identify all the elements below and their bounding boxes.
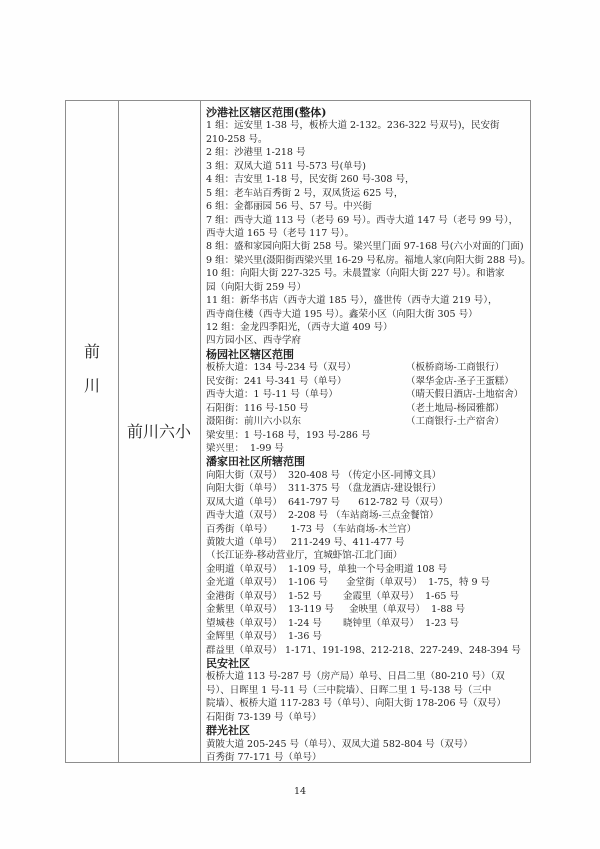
line-text: 9 组：梁兴里(滠阳街西梁兴里 16-29 号私房。福地人家(向阳大街 288 … (206, 255, 531, 266)
district-name-char: 川 (66, 377, 118, 395)
line-text: 西寺大道 165 号（老号 117 号）。 (206, 228, 354, 239)
line-text: 8 组：盛和家园向阳大街 258 号。梁兴里门面 97-168 号(六小对面的门… (206, 241, 524, 252)
district-line: 滠阳街：前川六小以东（工商银行-土产宿舍） (206, 415, 529, 428)
section-header: 民安社区 (206, 657, 529, 670)
district-line: 西寺大道（双号） 2-208 号 （车站商场-三点金餐馆） (206, 509, 529, 522)
district-line: 金港街（单双号） 1-52 号 金霞里（单双号） 1-65 号 (206, 590, 529, 603)
line-text: 5 组：老车站百秀街 2 号，双凤货运 625 号， (206, 188, 403, 199)
line-text: 园（向阳大街 259 号） (206, 282, 306, 293)
section-header: 杨园社区辖区范围 (206, 348, 529, 361)
line-text: 群益里（单双号） 1-171、191-198、212-218、227-249、2… (206, 645, 521, 656)
line-text: 黄陂大道 205-245 号（单号）、双凤大道 582-804 号（双号） (206, 739, 473, 750)
line-remark: （老土地局-杨园雅都） (406, 402, 504, 415)
district-detail-cell: 沙港社区辖区范围(整体)1 组：远安里 1-38 号，板桥大道 2-132。23… (201, 101, 531, 762)
line-text: 1 组：远安里 1-38 号，板桥大道 2-132。236-322 号双号)，民… (206, 120, 500, 131)
district-line: 7 组：西寺大道 113 号（老号 69 号）。西寺大道 147 号（老号 99… (206, 214, 529, 227)
district-line: 西寺商住楼（西寺大道 195 号）。鑫荣小区（向阳大街 305 号） (206, 308, 529, 321)
line-text: 10 组：向阳大街 227-325 号。未晨置家（向阳大街 227 号）。和谐家 (206, 268, 505, 279)
district-line: 民安街：241 号-341 号（单号）（翠华金店-圣子王蛋糕） (206, 375, 529, 388)
line-text: 滠阳街：前川六小以东 (206, 416, 301, 427)
line-text: 210-258 号。 (206, 134, 268, 145)
line-text: 石阳街：116 号-150 号 (206, 403, 309, 414)
line-text: 双凤大道（单号） 641-797 号 612-782 号（双号） (206, 497, 448, 508)
line-remark: （翠华金店-圣子王蛋糕） (406, 375, 514, 388)
district-line: 210-258 号。 (206, 133, 529, 146)
school-name-cell: 前川六小 (118, 422, 200, 442)
district-line: 四方园小区、西寺学府 (206, 334, 529, 347)
district-line: 板桥大道 113 号-287 号（房产局）单号、日昌二里（80-210 号）（双 (206, 670, 529, 683)
line-text: 向阳大街（单号） 311-375 号 （盘龙酒店-建设银行） (206, 483, 441, 494)
line-text: 百秀街 77-171 号（单号） (206, 752, 321, 762)
line-text: 6 组：金都丽园 56 号、57 号。中兴街 (206, 201, 372, 212)
section-header: 潘家田社区所辖范围 (206, 455, 529, 468)
line-text: 金港街（单双号） 1-52 号 金霞里（单双号） 1-65 号 (206, 591, 459, 602)
district-line: 石阳街 73-139 号（单号） (206, 711, 529, 724)
district-line: 望城巷（单双号） 1-24 号 晓钟里（单双号） 1-23 号 (206, 617, 529, 630)
district-line: 向阳大街（双号） 320-408 号 （传定小区-同博文具） (206, 469, 529, 482)
line-text: 百秀街（单号） 1-73 号 （车站商场-木兰宫） (206, 524, 416, 535)
district-line: 2 组：沙港里 1-218 号 (206, 146, 529, 159)
school-district-table: 前川 前川六小 沙港社区辖区范围(整体)1 组：远安里 1-38 号，板桥大道 … (65, 100, 531, 763)
line-text: 4 组：吉安里 1-18 号，民安街 260 号-308 号， (206, 174, 414, 185)
line-text: （长江证券-移动营业厅，宜城虾馆-江北门面） (206, 550, 402, 561)
line-remark: （板桥商场-工商银行） (406, 361, 504, 374)
line-text: 号）、日晖里 1 号-11 号（三中院墙）、日晖二里 1 号-138 号（三中 (206, 685, 491, 696)
district-line: 双凤大道（单号） 641-797 号 612-782 号（双号） (206, 496, 529, 509)
district-line: 板桥大道：134 号-234 号（双号）（板桥商场-工商银行） (206, 361, 529, 374)
line-text: 院墙）、板桥大道 117-283 号（单号）、向阳大街 178-206 号（双号… (206, 698, 506, 709)
line-text: 西寺大道（双号） 2-208 号 （车站商场-三点金餐馆） (206, 510, 439, 521)
line-text: 沙港社区辖区范围(整体) (206, 106, 326, 119)
line-text: 金辉里（单双号） 1-36 号 (206, 631, 322, 642)
line-text: 望城巷（单双号） 1-24 号 晓钟里（单双号） 1-23 号 (206, 618, 459, 629)
line-text: 群光社区 (206, 724, 250, 737)
district-name-char: 前 (66, 343, 118, 361)
section-header: 群光社区 (206, 724, 529, 737)
district-line: 黄陂大道（单号） 211-249 号、411-477 号 (206, 536, 529, 549)
page-number: 14 (0, 786, 600, 797)
district-line: 12 组：金龙四季阳光，（西寺大道 409 号） (206, 321, 529, 334)
line-text: 金光道（单双号） 1-106 号 金堂街（单双号） 1-75，特 9 号 (206, 577, 490, 588)
district-line: 金明道（单双号） 1-109 号，单独一个号金明道 108 号 (206, 563, 529, 576)
district-line: 6 组：金都丽园 56 号、57 号。中兴街 (206, 200, 529, 213)
line-text: 民安社区 (206, 657, 250, 670)
district-line: 10 组：向阳大街 227-325 号。未晨置家（向阳大街 227 号）。和谐家 (206, 267, 529, 280)
district-line: 黄陂大道 205-245 号（单号）、双凤大道 582-804 号（双号） (206, 738, 529, 751)
line-text: 金紫里（单双号） 13-119 号 金映里（单双号） 1-88 号 (206, 604, 465, 615)
line-text: 西寺商住楼（西寺大道 195 号）。鑫荣小区（向阳大街 305 号） (206, 309, 478, 320)
district-line: （长江证券-移动营业厅，宜城虾馆-江北门面） (206, 549, 529, 562)
district-line: 百秀街（单号） 1-73 号 （车站商场-木兰宫） (206, 523, 529, 536)
line-text: 金明道（单双号） 1-109 号，单独一个号金明道 108 号 (206, 564, 447, 575)
district-line: 群益里（单双号） 1-171、191-198、212-218、227-249、2… (206, 644, 529, 657)
district-line: 向阳大街（单号） 311-375 号 （盘龙酒店-建设银行） (206, 482, 529, 495)
line-text: 民安街：241 号-341 号（单号） (206, 376, 347, 387)
line-text: 四方园小区、西寺学府 (206, 335, 301, 346)
district-line: 金辉里（单双号） 1-36 号 (206, 630, 529, 643)
line-text: 黄陂大道（单号） 211-249 号、411-477 号 (206, 537, 405, 548)
line-text: 向阳大街（双号） 320-408 号 （传定小区-同博文具） (206, 470, 441, 481)
district-line: 4 组：吉安里 1-18 号，民安街 260 号-308 号， (206, 173, 529, 186)
district-line: 梁安里：1 号-168 号，193 号-286 号 (206, 429, 529, 442)
line-remark: （工商银行-土产宿舍） (406, 415, 504, 428)
section-header: 沙港社区辖区范围(整体) (206, 106, 529, 119)
district-line: 梁兴里： 1-99 号 (206, 442, 529, 455)
line-text: 7 组：西寺大道 113 号（老号 69 号）。西寺大道 147 号（老号 99… (206, 215, 518, 226)
line-text: 板桥大道：134 号-234 号（双号） (206, 362, 356, 373)
line-text: 11 组：新华书店（西寺大道 185 号），盛世传（西寺大道 219 号）， (206, 295, 497, 306)
line-text: 2 组：沙港里 1-218 号 (206, 147, 306, 158)
district-line: 5 组：老车站百秀街 2 号，双凤货运 625 号， (206, 187, 529, 200)
district-line: 号）、日晖里 1 号-11 号（三中院墙）、日晖二里 1 号-138 号（三中 (206, 684, 529, 697)
district-line: 3 组：双凤大道 511 号-573 号(单号) (206, 160, 529, 173)
district-name-cell: 前川 (66, 101, 118, 762)
line-text: 3 组：双凤大道 511 号-573 号(单号) (206, 161, 366, 172)
district-line: 西寺大道：1 号-11 号（单号）（晴天假日酒店-土地宿舍） (206, 388, 529, 401)
district-line: 8 组：盛和家园向阳大街 258 号。梁兴里门面 97-168 号(六小对面的门… (206, 240, 529, 253)
line-text: 西寺大道：1 号-11 号（单号） (206, 389, 338, 400)
district-line: 院墙）、板桥大道 117-283 号（单号）、向阳大街 178-206 号（双号… (206, 697, 529, 710)
line-text: 杨园社区辖区范围 (206, 348, 294, 361)
line-remark: （晴天假日酒店-土地宿舍） (406, 388, 523, 401)
district-line: 1 组：远安里 1-38 号，板桥大道 2-132。236-322 号双号)，民… (206, 119, 529, 132)
district-line: 西寺大道 165 号（老号 117 号）。 (206, 227, 529, 240)
district-line: 石阳街：116 号-150 号（老土地局-杨园雅都） (206, 402, 529, 415)
line-text: 梁兴里： 1-99 号 (206, 443, 284, 454)
line-text: 石阳街 73-139 号（单号） (206, 712, 321, 723)
line-text: 梁安里：1 号-168 号，193 号-286 号 (206, 430, 370, 441)
district-line: 百秀街 77-171 号（单号） (206, 751, 529, 762)
line-text: 12 组：金龙四季阳光，（西寺大道 409 号） (206, 322, 393, 333)
line-text: 板桥大道 113 号-287 号（房产局）单号、日昌二里（80-210 号）（双 (206, 671, 505, 682)
district-line: 金紫里（单双号） 13-119 号 金映里（单双号） 1-88 号 (206, 603, 529, 616)
district-line: 11 组：新华书店（西寺大道 185 号），盛世传（西寺大道 219 号）， (206, 294, 529, 307)
district-line: 园（向阳大街 259 号） (206, 281, 529, 294)
district-line: 金光道（单双号） 1-106 号 金堂街（单双号） 1-75，特 9 号 (206, 576, 529, 589)
line-text: 潘家田社区所辖范围 (206, 455, 305, 468)
district-line: 9 组：梁兴里(滠阳街西梁兴里 16-29 号私房。福地人家(向阳大街 288 … (206, 254, 529, 267)
